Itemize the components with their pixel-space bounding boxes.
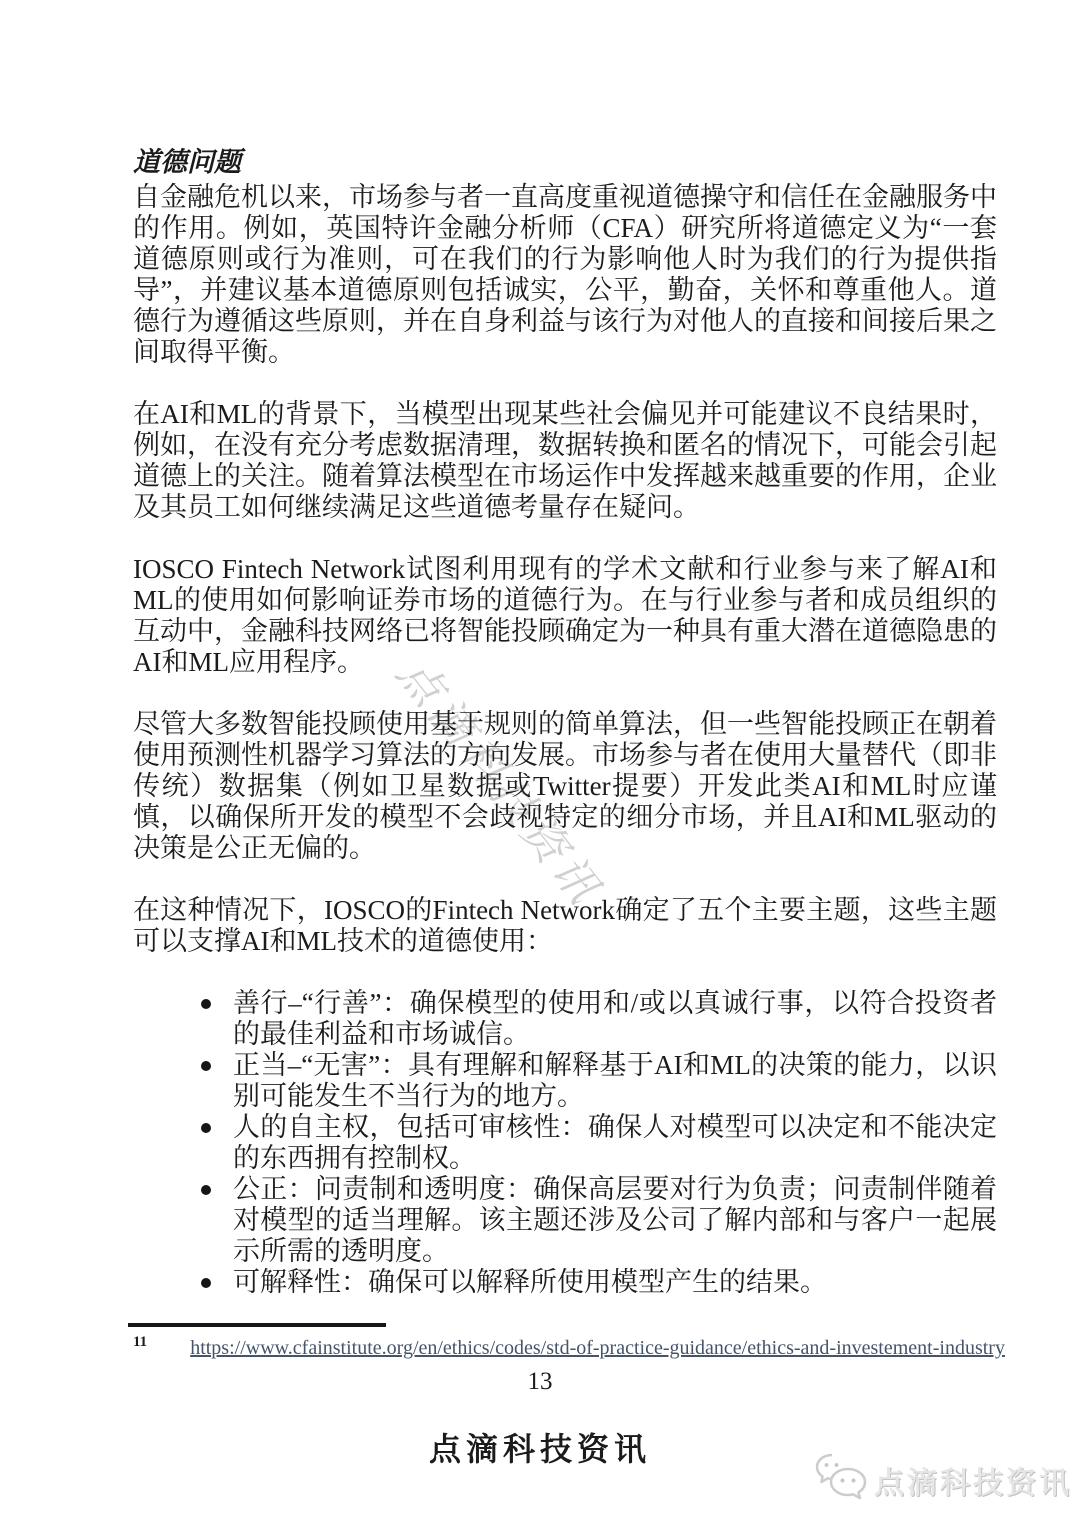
list-item-text: 正当–“无害”：具有理解和解释基于AI和ML的决策的能力，以识别可能发生不当行为…	[233, 1050, 997, 1111]
bullet-icon	[201, 999, 211, 1009]
document-page: 点滴科技资讯 道德问题 自金融危机以来，市场参与者一直高度重视道德操守和信任在金…	[0, 0, 1080, 1528]
section-title: 道德问题	[133, 146, 997, 178]
bullet-icon	[201, 1278, 211, 1288]
list-item-beneficence: 善行–“行善”：确保模型的使用和/或以真诚行事，以符合投资者的最佳利益和市场诚信…	[133, 988, 997, 1050]
paragraph-robo-advisors: 尽管大多数智能投顾使用基于规则的简单算法，但一些智能投顾正在朝着使用预测性机器学…	[133, 709, 997, 864]
footnote-separator	[128, 1323, 386, 1327]
list-item-text: 公正：问责制和透明度：确保高层要对行为负责；问责制伴随着对模型的适当理解。该主题…	[233, 1174, 997, 1266]
list-item-human-autonomy: 人的自主权，包括可审核性：确保人对模型可以决定和不能决定的东西拥有控制权。	[133, 1112, 997, 1174]
paragraph-ethics-intro: 自金融危机以来，市场参与者一直高度重视道德操守和信任在金融服务中的作用。例如，英…	[133, 182, 997, 368]
page-content: 道德问题 自金融危机以来，市场参与者一直高度重视道德操守和信任在金融服务中的作用…	[133, 146, 997, 1298]
bullet-icon	[201, 1061, 211, 1071]
paragraph-iosco-fintech-network: IOSCO Fintech Network试图利用现有的学术文献和行业参与来了解…	[133, 554, 997, 678]
footnote: 11https://www.cfainstitute.org/en/ethics…	[133, 1334, 1005, 1360]
paragraph-five-themes-lead: 在这种情况下，IOSCO的Fintech Network确定了五个主要主题，这些…	[133, 895, 997, 957]
footnote-link[interactable]: https://www.cfainstitute.org/en/ethics/c…	[190, 1337, 1005, 1359]
page-number: 13	[0, 1368, 1080, 1396]
bullet-icon	[201, 1123, 211, 1133]
paragraph-ai-ml-context: 在AI和ML的背景下，当模型出现某些社会偏见并可能建议不良结果时，例如，在没有充…	[133, 399, 997, 523]
list-item-text: 人的自主权，包括可审核性：确保人对模型可以决定和不能决定的东西拥有控制权。	[233, 1112, 997, 1173]
chat-bubbles-icon	[814, 1452, 868, 1507]
corner-logo: 点滴科技资讯	[814, 1452, 1072, 1507]
list-item-text: 可解释性：确保可以解释所使用模型产生的结果。	[233, 1267, 827, 1297]
list-item-explicability: 可解释性：确保可以解释所使用模型产生的结果。	[133, 1267, 997, 1298]
ethics-themes-list: 善行–“行善”：确保模型的使用和/或以真诚行事，以符合投资者的最佳利益和市场诚信…	[133, 988, 997, 1298]
footnote-marker: 11	[133, 1334, 147, 1350]
corner-logo-text: 点滴科技资讯	[874, 1458, 1072, 1502]
list-item-justice: 公正：问责制和透明度：确保高层要对行为负责；问责制伴随着对模型的适当理解。该主题…	[133, 1174, 997, 1267]
bullet-icon	[201, 1185, 211, 1195]
list-item-text: 善行–“行善”：确保模型的使用和/或以真诚行事，以符合投资者的最佳利益和市场诚信…	[233, 988, 997, 1049]
list-item-non-maleficence: 正当–“无害”：具有理解和解释基于AI和ML的决策的能力，以识别可能发生不当行为…	[133, 1050, 997, 1112]
